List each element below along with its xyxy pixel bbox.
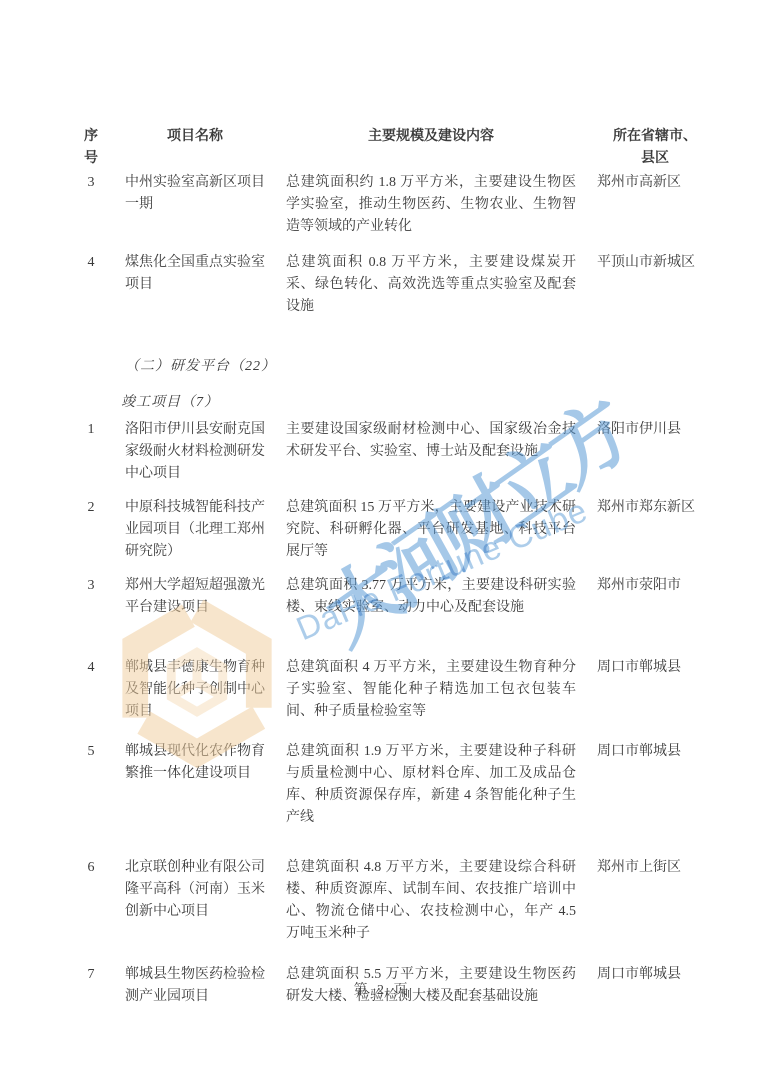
project-description: 总建筑面积 4.8 万平方米，主要建设综合科研楼、种质资源库、试制车间、农技推广…: [286, 857, 576, 945]
table-row: 1 洛阳市伊川县安耐克国家级耐火材料检测研发中心项目 主要建设国家级耐材检测中心…: [78, 419, 713, 485]
table-row: 3 郑州大学超短超强激光平台建设项目 总建筑面积 3.77 万平方米，主要建设科…: [78, 575, 713, 619]
project-name: 洛阳市伊川县安耐克国家级耐火材料检测研发中心项目: [125, 419, 265, 485]
project-name: 中州实验室高新区项目一期: [125, 172, 265, 238]
project-name: 郸城县现代化农作物育繁推一体化建设项目: [125, 741, 265, 829]
header-project-name: 项目名称: [125, 126, 265, 170]
section-heading: （二）研发平台（22）: [125, 356, 713, 378]
project-description: 总建筑面积 4 万平方米，主要建设生物育种分子实验室、智能化种子精选加工包衣包装…: [286, 657, 576, 723]
project-region: 郑州市荥阳市: [597, 575, 713, 619]
row-number: 4: [78, 252, 104, 318]
table-row: 4 煤焦化全国重点实验室项目 总建筑面积 0.8 万平方米，主要建设煤炭开采、绿…: [78, 252, 713, 318]
row-number: 3: [78, 575, 104, 619]
project-region: 平顶山市新城区: [597, 252, 713, 318]
table-row: 4 郸城县丰德康生物育种及智能化种子创制中心项目 总建筑面积 4 万平方米，主要…: [78, 657, 713, 723]
row-number: 3: [78, 172, 104, 238]
project-description: 总建筑面积 1.9 万平方米，主要建设种子科研与质量检测中心、原材料仓库、加工及…: [286, 741, 576, 829]
header-region: 所在省辖市、 县区: [597, 126, 713, 170]
project-name: 郸城县丰德康生物育种及智能化种子创制中心项目: [125, 657, 265, 723]
table-rows-top-section: 3 中州实验室高新区项目一期 总建筑面积约 1.8 万平方米，主要建设生物医学实…: [78, 172, 713, 318]
row-number: 4: [78, 657, 104, 723]
project-region: 郑州市郑东新区: [597, 497, 713, 563]
header-no: 序号: [78, 126, 104, 170]
table-row: 6 北京联创种业有限公司隆平高科（河南）玉米创新中心项目 总建筑面积 4.8 万…: [78, 857, 713, 945]
project-name: 北京联创种业有限公司隆平高科（河南）玉米创新中心项目: [125, 857, 265, 945]
project-table: 序号 项目名称 主要规模及建设内容 所在省辖市、 县区 3 中州实验室高新区项目…: [0, 0, 713, 1008]
header-region-line2: 县区: [597, 148, 713, 170]
project-region: 周口市郸城县: [597, 741, 713, 829]
row-number: 6: [78, 857, 104, 945]
row-number: 5: [78, 741, 104, 829]
header-main-content: 主要规模及建设内容: [286, 126, 576, 170]
table-row: 2 中原科技城智能科技产业园项目（北理工郑州研究院） 总建筑面积 15 万平方米…: [78, 497, 713, 563]
project-region: 郑州市高新区: [597, 172, 713, 238]
project-region: 周口市郸城县: [597, 657, 713, 723]
sub-heading: 竣工项目（7）: [121, 392, 713, 414]
project-description: 总建筑面积约 1.8 万平方米，主要建设生物医学实验室，推动生物医药、生物农业、…: [286, 172, 576, 238]
project-description: 总建筑面积 15 万平方米，主要建设产业技术研究院、科研孵化器、平台研发基地、科…: [286, 497, 576, 563]
table-row: 3 中州实验室高新区项目一期 总建筑面积约 1.8 万平方米，主要建设生物医学实…: [78, 172, 713, 238]
page-number: 第 2 页: [0, 979, 764, 999]
table-rows-main-section: 1 洛阳市伊川县安耐克国家级耐火材料检测研发中心项目 主要建设国家级耐材检测中心…: [78, 419, 713, 1008]
project-description: 总建筑面积 3.77 万平方米，主要建设科研实验楼、束线实验室、动力中心及配套设…: [286, 575, 576, 619]
project-description: 总建筑面积 0.8 万平方米，主要建设煤炭开采、绿色转化、高效洗选等重点实验室及…: [286, 252, 576, 318]
row-number: 1: [78, 419, 104, 485]
project-name: 中原科技城智能科技产业园项目（北理工郑州研究院）: [125, 497, 265, 563]
project-region: 洛阳市伊川县: [597, 419, 713, 485]
document-page: 序号 项目名称 主要规模及建设内容 所在省辖市、 县区 3 中州实验室高新区项目…: [0, 0, 764, 1080]
row-number: 2: [78, 497, 104, 563]
project-region: 郑州市上街区: [597, 857, 713, 945]
project-description: 主要建设国家级耐材检测中心、国家级冶金技术研发平台、实验室、博士站及配套设施: [286, 419, 576, 485]
header-region-line1: 所在省辖市、: [597, 126, 713, 148]
project-name: 郑州大学超短超强激光平台建设项目: [125, 575, 265, 619]
table-header-row: 序号 项目名称 主要规模及建设内容 所在省辖市、 县区: [78, 126, 713, 170]
table-row: 5 郸城县现代化农作物育繁推一体化建设项目 总建筑面积 1.9 万平方米，主要建…: [78, 741, 713, 829]
project-name: 煤焦化全国重点实验室项目: [125, 252, 265, 318]
